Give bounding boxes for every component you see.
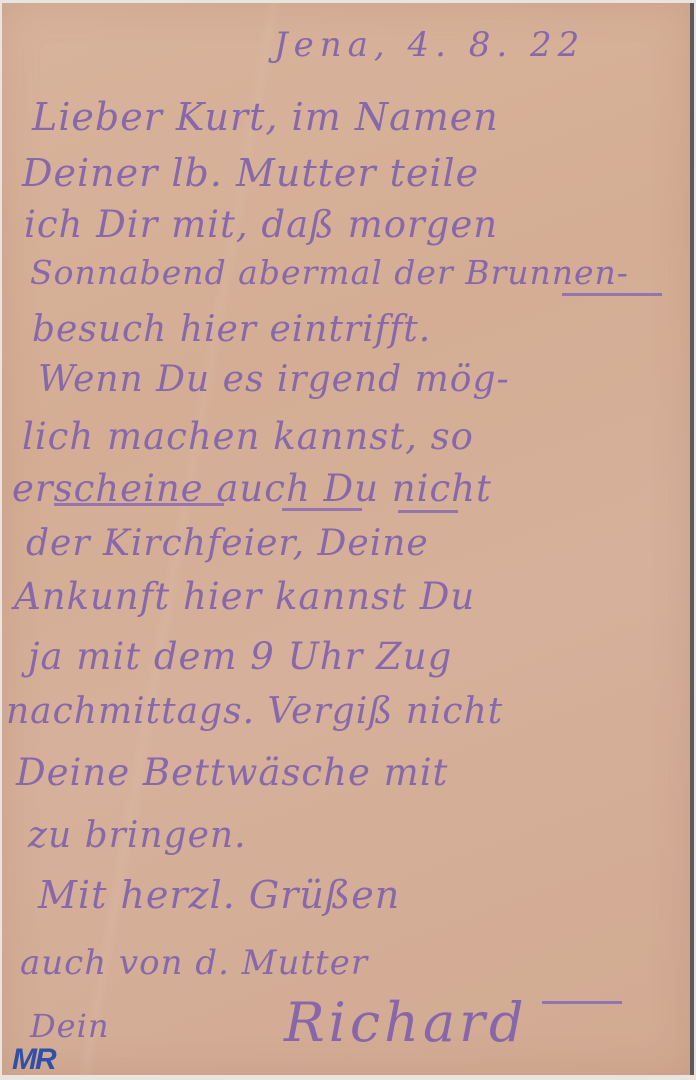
salutation-line: Lieber Kurt, im Namen bbox=[32, 95, 499, 139]
body-line: ja mit dem 9 Uhr Zug bbox=[28, 635, 452, 678]
mr-stamp: MR bbox=[12, 1043, 55, 1077]
body-line: zu bringen. bbox=[28, 815, 247, 856]
signature-flourish bbox=[542, 1001, 622, 1004]
body-line: Ankunft hier kannst Du bbox=[14, 575, 475, 618]
underline bbox=[54, 503, 224, 506]
closing-line: auch von d. Mutter bbox=[20, 943, 368, 983]
body-line: Deiner lb. Mutter teile bbox=[22, 151, 479, 195]
signature: Richard bbox=[284, 991, 528, 1054]
body-line: Wenn Du es irgend mög- bbox=[38, 359, 510, 400]
sign-prefix: Dein bbox=[30, 1007, 109, 1045]
underline bbox=[282, 508, 362, 511]
body-line: Sonnabend abermal der Brunnen- bbox=[30, 253, 629, 292]
body-line: besuch hier eintrifft. bbox=[32, 309, 431, 350]
body-line: der Kirchfeier, Deine bbox=[26, 523, 429, 564]
underline bbox=[398, 510, 458, 513]
body-line: ich Dir mit, daß morgen bbox=[24, 203, 498, 246]
underline bbox=[562, 293, 662, 296]
body-line: Deine Bettwäsche mit bbox=[16, 751, 448, 794]
closing-line: Mit herzl. Grüßen bbox=[38, 873, 400, 917]
postcard: Jena, 4. 8. 22 Lieber Kurt, im Namen Dei… bbox=[2, 3, 694, 1075]
body-line: nachmittags. Vergiß nicht bbox=[6, 691, 503, 732]
body-line: lich machen kannst, so bbox=[22, 415, 474, 458]
dateline: Jena, 4. 8. 22 bbox=[274, 25, 585, 65]
